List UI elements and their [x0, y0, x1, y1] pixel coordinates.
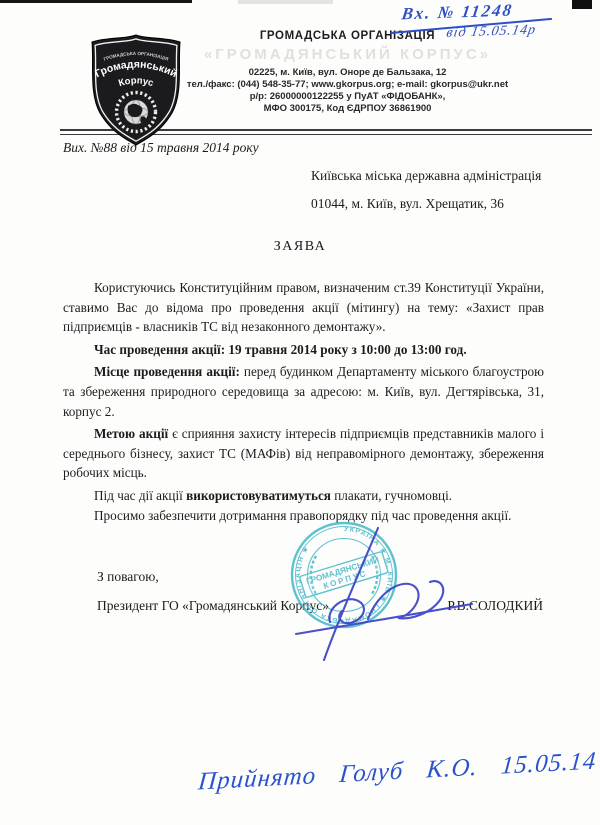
scan-artifact-smudge [238, 0, 333, 4]
paragraph-place: Місце проведення акції: перед будинком Д… [63, 362, 544, 421]
letterhead: ГРОМАДСЬКА ОРГАНІЗАЦІЯ «ГРОМАДЯНСЬКИЙ КО… [145, 30, 550, 115]
paragraph-goal: Метою акції є сприяння захисту інтересів… [63, 424, 544, 483]
recipient-address: 01044, м. Київ, вул. Хрещатик, 36 [311, 190, 541, 218]
paragraph-time: Час проведення акції: 19 травня 2014 рок… [63, 340, 544, 360]
document-title: ЗАЯВА [0, 239, 600, 255]
recipient-name: Київська міська державна адміністрація [311, 162, 541, 190]
org-address-block: 02225, м. Київ, вул. Оноре де Бальзака, … [145, 67, 550, 115]
scanned-letter-page: Вх. № 11248 від 15.05.14р ГРОМАДСЬКА ОРГ… [0, 0, 600, 825]
address-line: 02225, м. Київ, вул. Оноре де Бальзака, … [145, 67, 550, 79]
place-lead: Місце проведення акції: [94, 364, 240, 379]
goal-lead: Метою акції [94, 426, 168, 441]
paragraph-intro: Користуючись Конституційним правом, визн… [63, 278, 544, 337]
address-line: р/р: 26000000122255 у ПуАТ «ФІДОБАНК», [145, 91, 550, 103]
equipment-bold: використовуватимуться [186, 488, 331, 503]
president-signature-ink [290, 524, 480, 664]
handwritten-acceptance-note: Прийнято Голуб К.О. 15.05.14 [197, 747, 598, 796]
org-name-watermark: «ГРОМАДЯНСЬКИЙ КОРПУС» [145, 46, 550, 63]
letter-body: Користуючись Конституційним правом, визн… [63, 278, 544, 525]
inbox-date-text: від 15.05.14р [445, 23, 537, 42]
scan-artifact-corner-mark [572, 0, 592, 9]
scan-artifact-top-bar [0, 0, 192, 3]
handwritten-inbox-note: Вх. № 11248 від 15.05.14р [401, 0, 536, 43]
address-line: тел./факс: (044) 548-35-77; www.gkorpus.… [145, 79, 550, 91]
recipient-block: Київська міська державна адміністрація 0… [311, 162, 541, 218]
equipment-post: плакати, гучномовці. [331, 488, 452, 503]
paragraph-equipment: Під час дії акції використовуватимуться … [63, 486, 544, 506]
address-line: МФО 300175, Код ЄДРПОУ 36861900 [145, 103, 550, 115]
salutation-line: З повагою, [97, 569, 159, 585]
equipment-pre: Під час дії акції [94, 488, 186, 503]
org-emblem-shield: ГРОМАДСЬКА ОРГАНІЗАЦІЯ Громадянський Кор… [83, 33, 189, 146]
inbox-number-text: Вх. № 11248 [400, 0, 514, 24]
